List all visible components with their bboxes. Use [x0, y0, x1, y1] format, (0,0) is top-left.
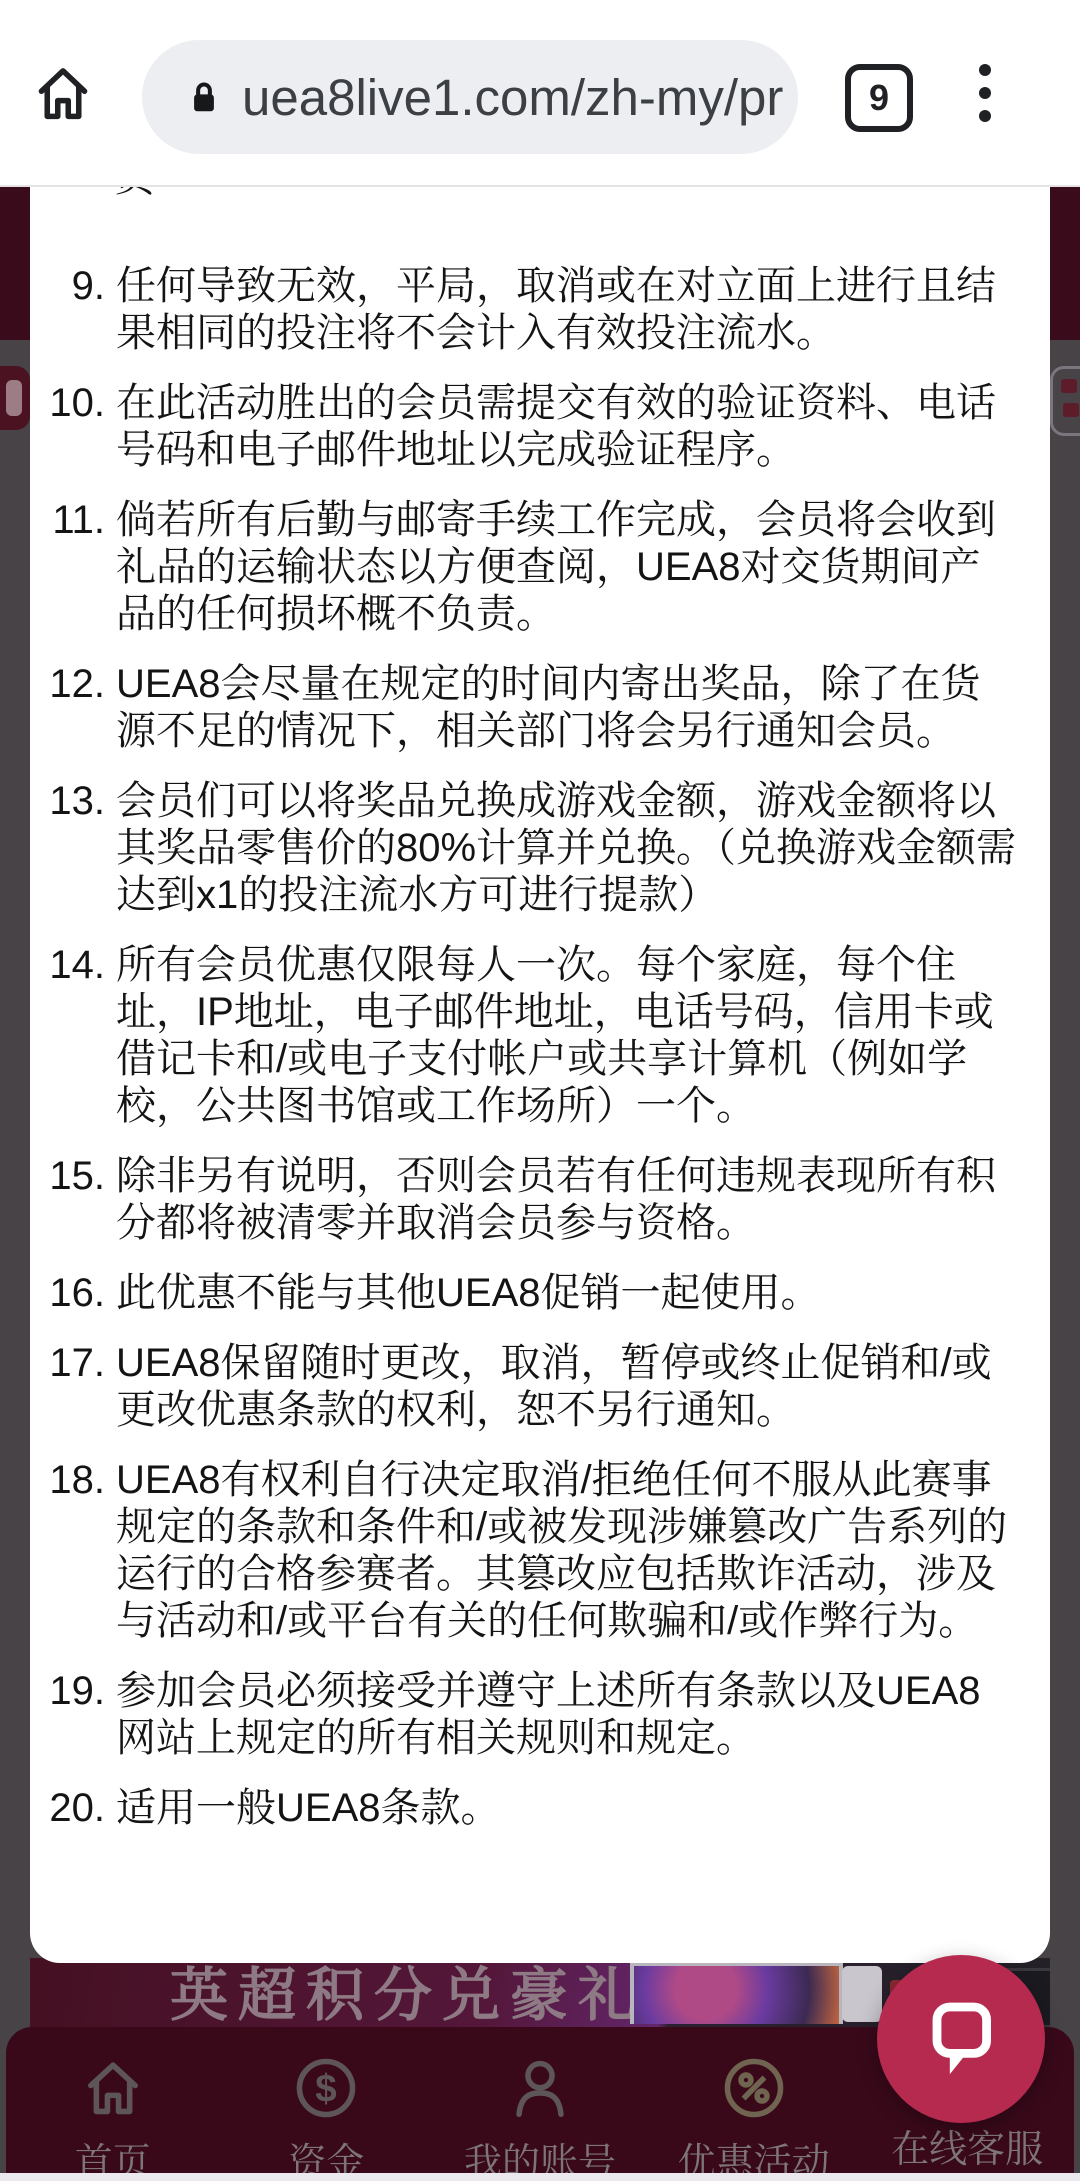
url-bar[interactable]: uea8live1.com/zh-my/pr [142, 40, 798, 154]
tab-count: 9 [869, 77, 889, 119]
chat-bubble-icon [913, 1991, 1009, 2087]
browser-menu-button[interactable] [978, 64, 992, 122]
terms-item: 11. 倘若所有后勤与邮寄手续工作完成，会员将会收到礼品的运输状态以方便查阅，U… [30, 497, 1050, 638]
side-widget-left [0, 366, 30, 430]
terms-item-number: 10. [30, 380, 105, 474]
terms-item-text: 此优惠不能与其他UEA8促销一起使用。 [105, 1270, 1050, 1317]
terms-item-text: UEA8会尽量在规定的时间内寄出奖品，除了在货源不足的情况下，相关部门将会另行通… [105, 661, 1050, 755]
terms-item-number: 14. [30, 942, 105, 1130]
terms-item-text: UEA8有权利自行决定取消/拒绝任何不服从此赛事规定的条款和条件和/或被发现涉嫌… [105, 1457, 1050, 1645]
bottom-edge-strip [0, 2173, 1080, 2181]
terms-item: 9. 任何导致无效，平局，取消或在对立面上进行且结果相同的投注将不会计入有效投注… [30, 263, 1050, 357]
nav-item-label: 在线客服 [891, 2118, 1043, 2173]
promo-banner-title: 英超积分兑豪礼 [170, 1958, 646, 2027]
terms-item-text: 除非另有说明，否则会员若有任何违规表现所有积分都将被清零并取消会员参与资格。 [105, 1153, 1050, 1247]
terms-item-number: 19. [30, 1668, 105, 1762]
terms-item: 18. UEA8有权利自行决定取消/拒绝任何不服从此赛事规定的条款和条件和/或被… [30, 1457, 1050, 1645]
home-icon [76, 2051, 150, 2125]
browser-home-button[interactable] [28, 58, 98, 128]
banner-monitor-image [630, 1962, 843, 2024]
terms-item-number: 13. [30, 778, 105, 919]
lock-icon [182, 73, 226, 121]
terms-item: 14. 所有会员优惠仅限每人一次。每个家庭，每个住址，IP地址，电子邮件地址，电… [30, 942, 1050, 1130]
terms-item-text: 参加会员必须接受并遵守上述所有条款以及UEA8网站上规定的所有相关规则和规定。 [105, 1668, 1050, 1762]
terms-item: 20. 适用一般UEA8条款。 [30, 1785, 1050, 1832]
svg-text:$: $ [316, 2067, 337, 2110]
nav-item[interactable]: 优惠活动 [647, 2051, 861, 2173]
terms-item-number: 16. [30, 1270, 105, 1317]
terms-item: 15. 除非另有说明，否则会员若有任何违规表现所有积分都将被清零并取消会员参与资… [30, 1153, 1050, 1247]
nav-item[interactable]: 首页 [6, 2051, 220, 2173]
terms-item-number: 15. [30, 1153, 105, 1247]
user-icon [503, 2051, 577, 2125]
terms-item-text: 任何导致无效，平局，取消或在对立面上进行且结果相同的投注将不会计入有效投注流水。 [105, 263, 1050, 357]
terms-item: 16. 此优惠不能与其他UEA8促销一起使用。 [30, 1270, 1050, 1317]
nav-item[interactable]: $ 资金 [220, 2051, 434, 2173]
nav-item[interactable]: 我的账号 [433, 2051, 647, 2173]
phone-screen: 英超积分兑豪礼 首页 [0, 0, 1080, 2181]
clipped-previous-line: 员 [30, 185, 1050, 203]
live-chat-fab[interactable] [877, 1955, 1045, 2123]
terms-item-text: 会员们可以将奖品兑换成游戏金额，游戏金额将以其奖品零售价的80%计算并兑换。（兑… [105, 778, 1050, 919]
side-widget-right [1050, 366, 1080, 436]
terms-item: 12. UEA8会尽量在规定的时间内寄出奖品，除了在货源不足的情况下，相关部门将… [30, 661, 1050, 755]
terms-item-text: 在此活动胜出的会员需提交有效的验证资料、电话号码和电子邮件地址以完成验证程序。 [105, 380, 1050, 474]
dollar-coin-icon: $ [289, 2051, 363, 2125]
terms-item-text: 所有会员优惠仅限每人一次。每个家庭，每个住址，IP地址，电子邮件地址，电话号码，… [105, 942, 1050, 1130]
terms-item-number: 17. [30, 1340, 105, 1434]
terms-item: 17. UEA8保留随时更改，取消，暂停或终止促销和/或更改优惠条款的权利，恕不… [30, 1340, 1050, 1434]
terms-item-number: 9. [30, 263, 105, 357]
terms-list: 9. 任何导致无效，平局，取消或在对立面上进行且结果相同的投注将不会计入有效投注… [30, 263, 1050, 1832]
tab-switcher-button[interactable]: 9 [845, 64, 913, 132]
terms-item-number: 11. [30, 497, 105, 638]
terms-item: 10. 在此活动胜出的会员需提交有效的验证资料、电话号码和电子邮件地址以完成验证… [30, 380, 1050, 474]
percent-icon [717, 2051, 791, 2125]
terms-item: 13. 会员们可以将奖品兑换成游戏金额，游戏金额将以其奖品零售价的80%计算并兑… [30, 778, 1050, 919]
terms-item: 19. 参加会员必须接受并遵守上述所有条款以及UEA8网站上规定的所有相关规则和… [30, 1668, 1050, 1762]
terms-item-number: 12. [30, 661, 105, 755]
terms-item-text: 倘若所有后勤与邮寄手续工作完成，会员将会收到礼品的运输状态以方便查阅，UEA8对… [105, 497, 1050, 638]
terms-item-text: 适用一般UEA8条款。 [105, 1785, 1050, 1832]
terms-item-text: UEA8保留随时更改，取消，暂停或终止促销和/或更改优惠条款的权利，恕不另行通知… [105, 1340, 1050, 1434]
terms-modal[interactable]: 员 9. 任何导致无效，平局，取消或在对立面上进行且结果相同的投注将不会计入有效… [30, 185, 1050, 1963]
banner-console-image [842, 1966, 882, 2022]
url-text: uea8live1.com/zh-my/pr [242, 68, 783, 127]
terms-item-number: 18. [30, 1457, 105, 1645]
terms-item-number: 20. [30, 1785, 105, 1832]
browser-toolbar: uea8live1.com/zh-my/pr 9 [0, 0, 1080, 187]
